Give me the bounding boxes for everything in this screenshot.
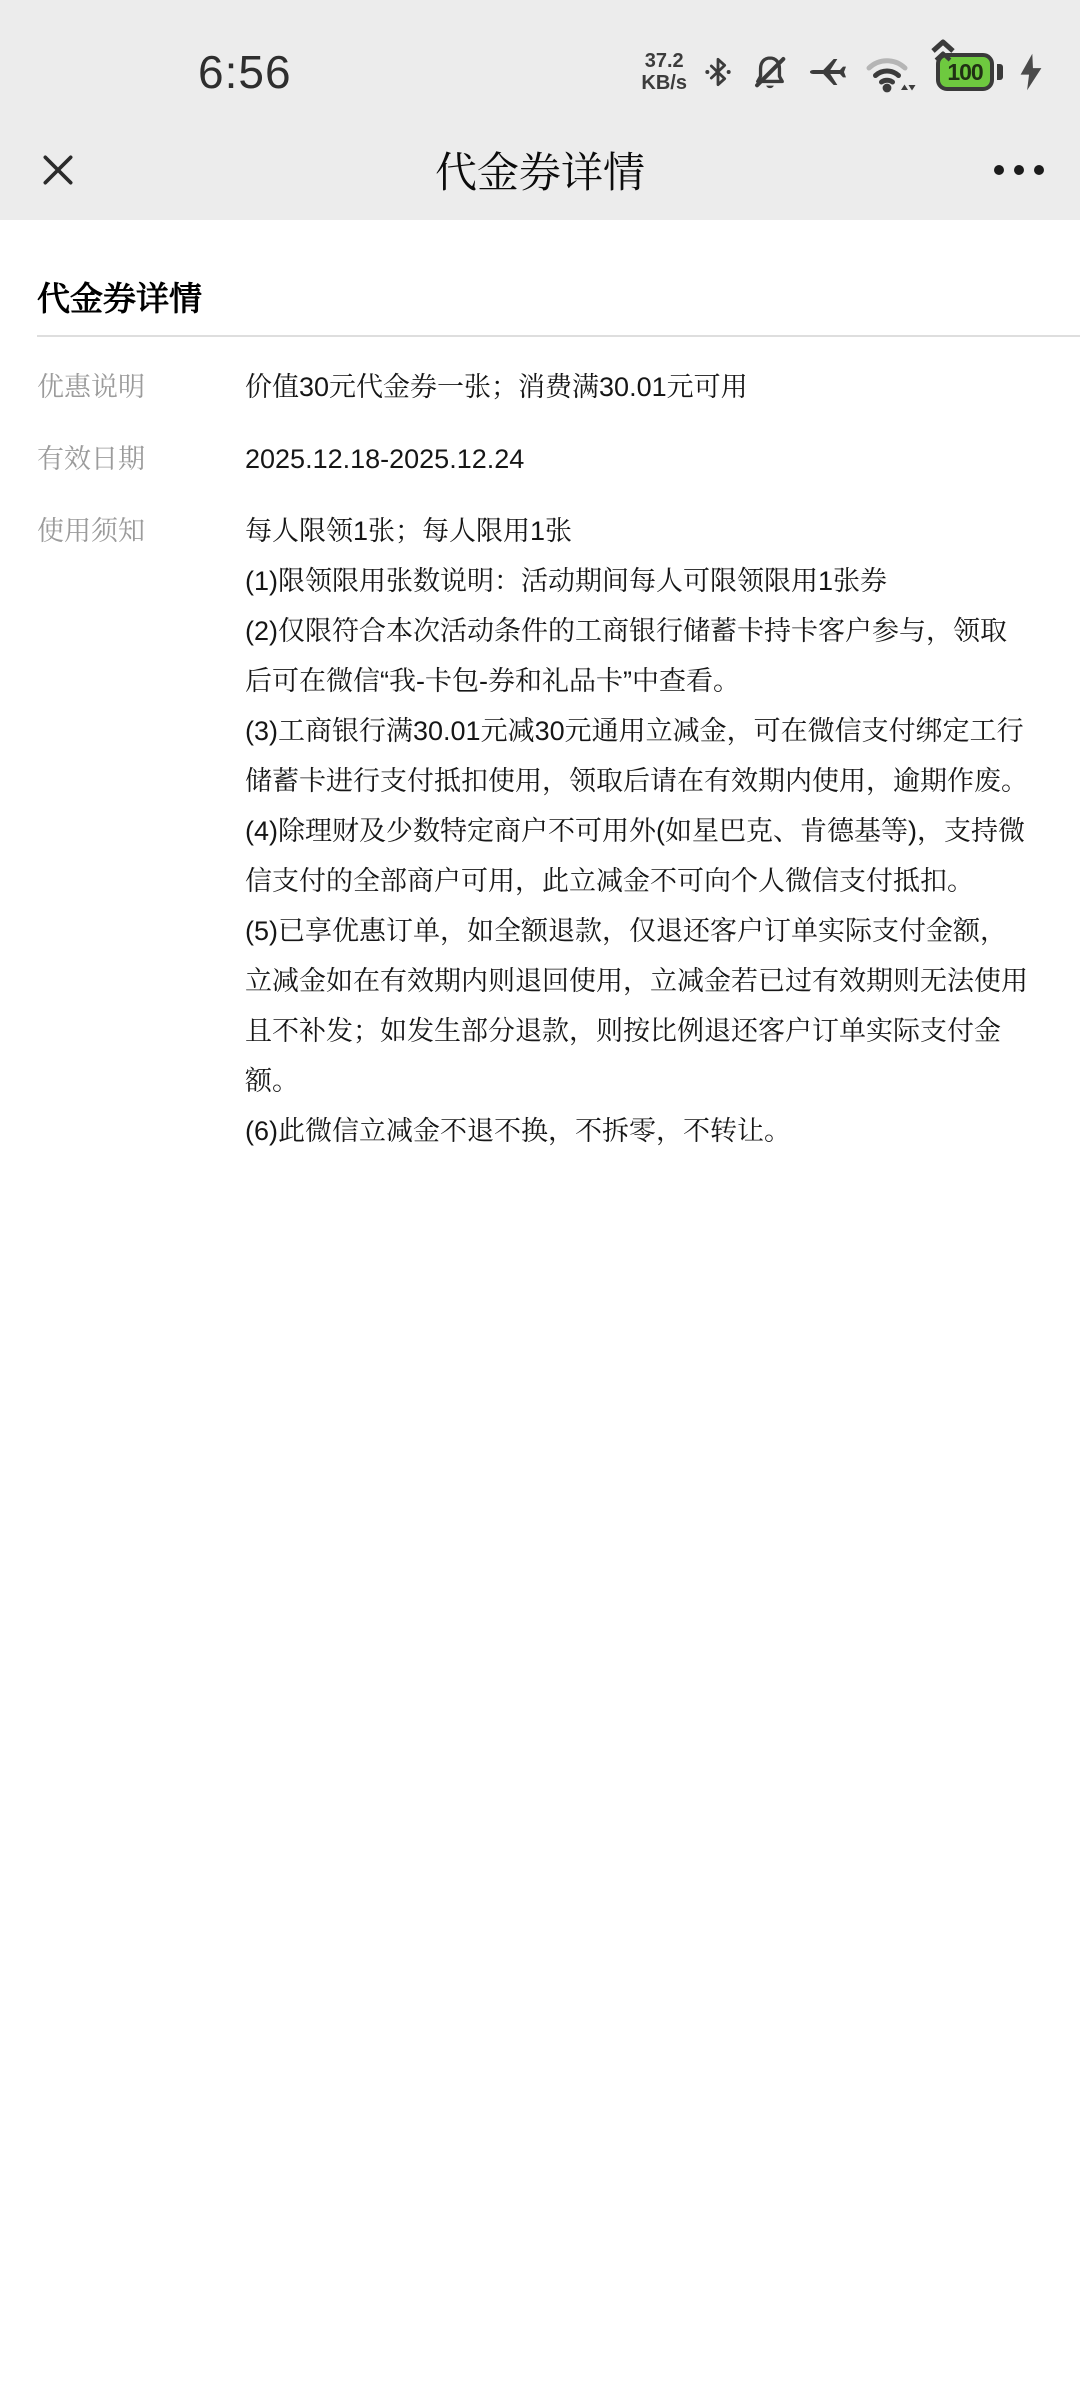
more-icon [1014, 165, 1024, 175]
note-line: (3)工商银行满30.01元减30元通用立减金，可在微信支付绑定工行储蓄卡进行支… [245, 706, 1030, 806]
note-line: (6)此微信立减金不退不换，不拆零，不转让。 [245, 1106, 1030, 1156]
charging-chevron-icon [928, 39, 958, 63]
note-line: (5)已享优惠订单，如全额退款，仅退还客户订单实际支付金额，立减金如在有效期内则… [245, 906, 1030, 1106]
topbar: 6:56 37.2 KB/s [0, 0, 1080, 220]
detail-rows: 优惠说明 价值30元代金券一张；消费满30.01元可用 有效日期 2025.12… [37, 337, 1080, 1156]
nav-bar: 代金券详情 [0, 120, 1080, 220]
status-bar: 6:56 37.2 KB/s [0, 24, 1080, 120]
mute-icon [749, 51, 791, 93]
airplane-icon [806, 52, 850, 92]
section-heading: 代金券详情 [37, 220, 1080, 322]
note-line: (4)除理财及少数特定商户不可用外(如星巴克、肯德基等)，支持微信支付的全部商户… [245, 806, 1030, 906]
battery-cap [997, 64, 1003, 80]
voucher-detail-content: 代金券详情 优惠说明 价值30元代金券一张；消费满30.01元可用 有效日期 2… [0, 220, 1080, 1156]
row-label: 优惠说明 [37, 362, 245, 412]
note-line: (1)限领限用张数说明：活动期间每人可限领限用1张券 [245, 556, 1030, 606]
row-usage-notes: 使用须知 每人限领1张；每人限用1张 (1)限领限用张数说明：活动期间每人可限领… [37, 506, 1030, 1156]
usage-notes: 每人限领1张；每人限用1张 (1)限领限用张数说明：活动期间每人可限领限用1张券… [245, 506, 1030, 1156]
more-icon [994, 165, 1004, 175]
row-label: 有效日期 [37, 434, 245, 484]
bluetooth-icon [702, 51, 734, 93]
more-button[interactable] [994, 148, 1044, 192]
note-line: (2)仅限符合本次活动条件的工商银行储蓄卡持卡客户参与，领取后可在微信“我-卡包… [245, 606, 1030, 706]
charging-bolt-icon [1018, 52, 1044, 92]
more-icon [1034, 165, 1044, 175]
row-value: 2025.12.18-2025.12.24 [245, 434, 1030, 484]
note-line: 每人限领1张；每人限用1张 [245, 506, 1030, 556]
page-title: 代金券详情 [0, 140, 1080, 200]
network-speed: 37.2 KB/s [641, 50, 687, 94]
network-speed-unit: KB/s [641, 72, 687, 94]
row-label: 使用须知 [37, 506, 245, 1156]
row-value: 价值30元代金券一张；消费满30.01元可用 [245, 362, 1030, 412]
battery-indicator: 100 [936, 53, 1003, 91]
row-discount-description: 优惠说明 价值30元代金券一张；消费满30.01元可用 [37, 362, 1030, 412]
clock: 6:56 [198, 45, 292, 99]
network-speed-value: 37.2 [645, 50, 684, 72]
screen: 6:56 37.2 KB/s [0, 0, 1080, 2400]
wifi-icon [865, 50, 917, 94]
close-icon [40, 152, 76, 188]
close-button[interactable] [36, 148, 80, 192]
row-valid-date: 有效日期 2025.12.18-2025.12.24 [37, 434, 1030, 484]
status-icons: 37.2 KB/s [641, 50, 1044, 94]
